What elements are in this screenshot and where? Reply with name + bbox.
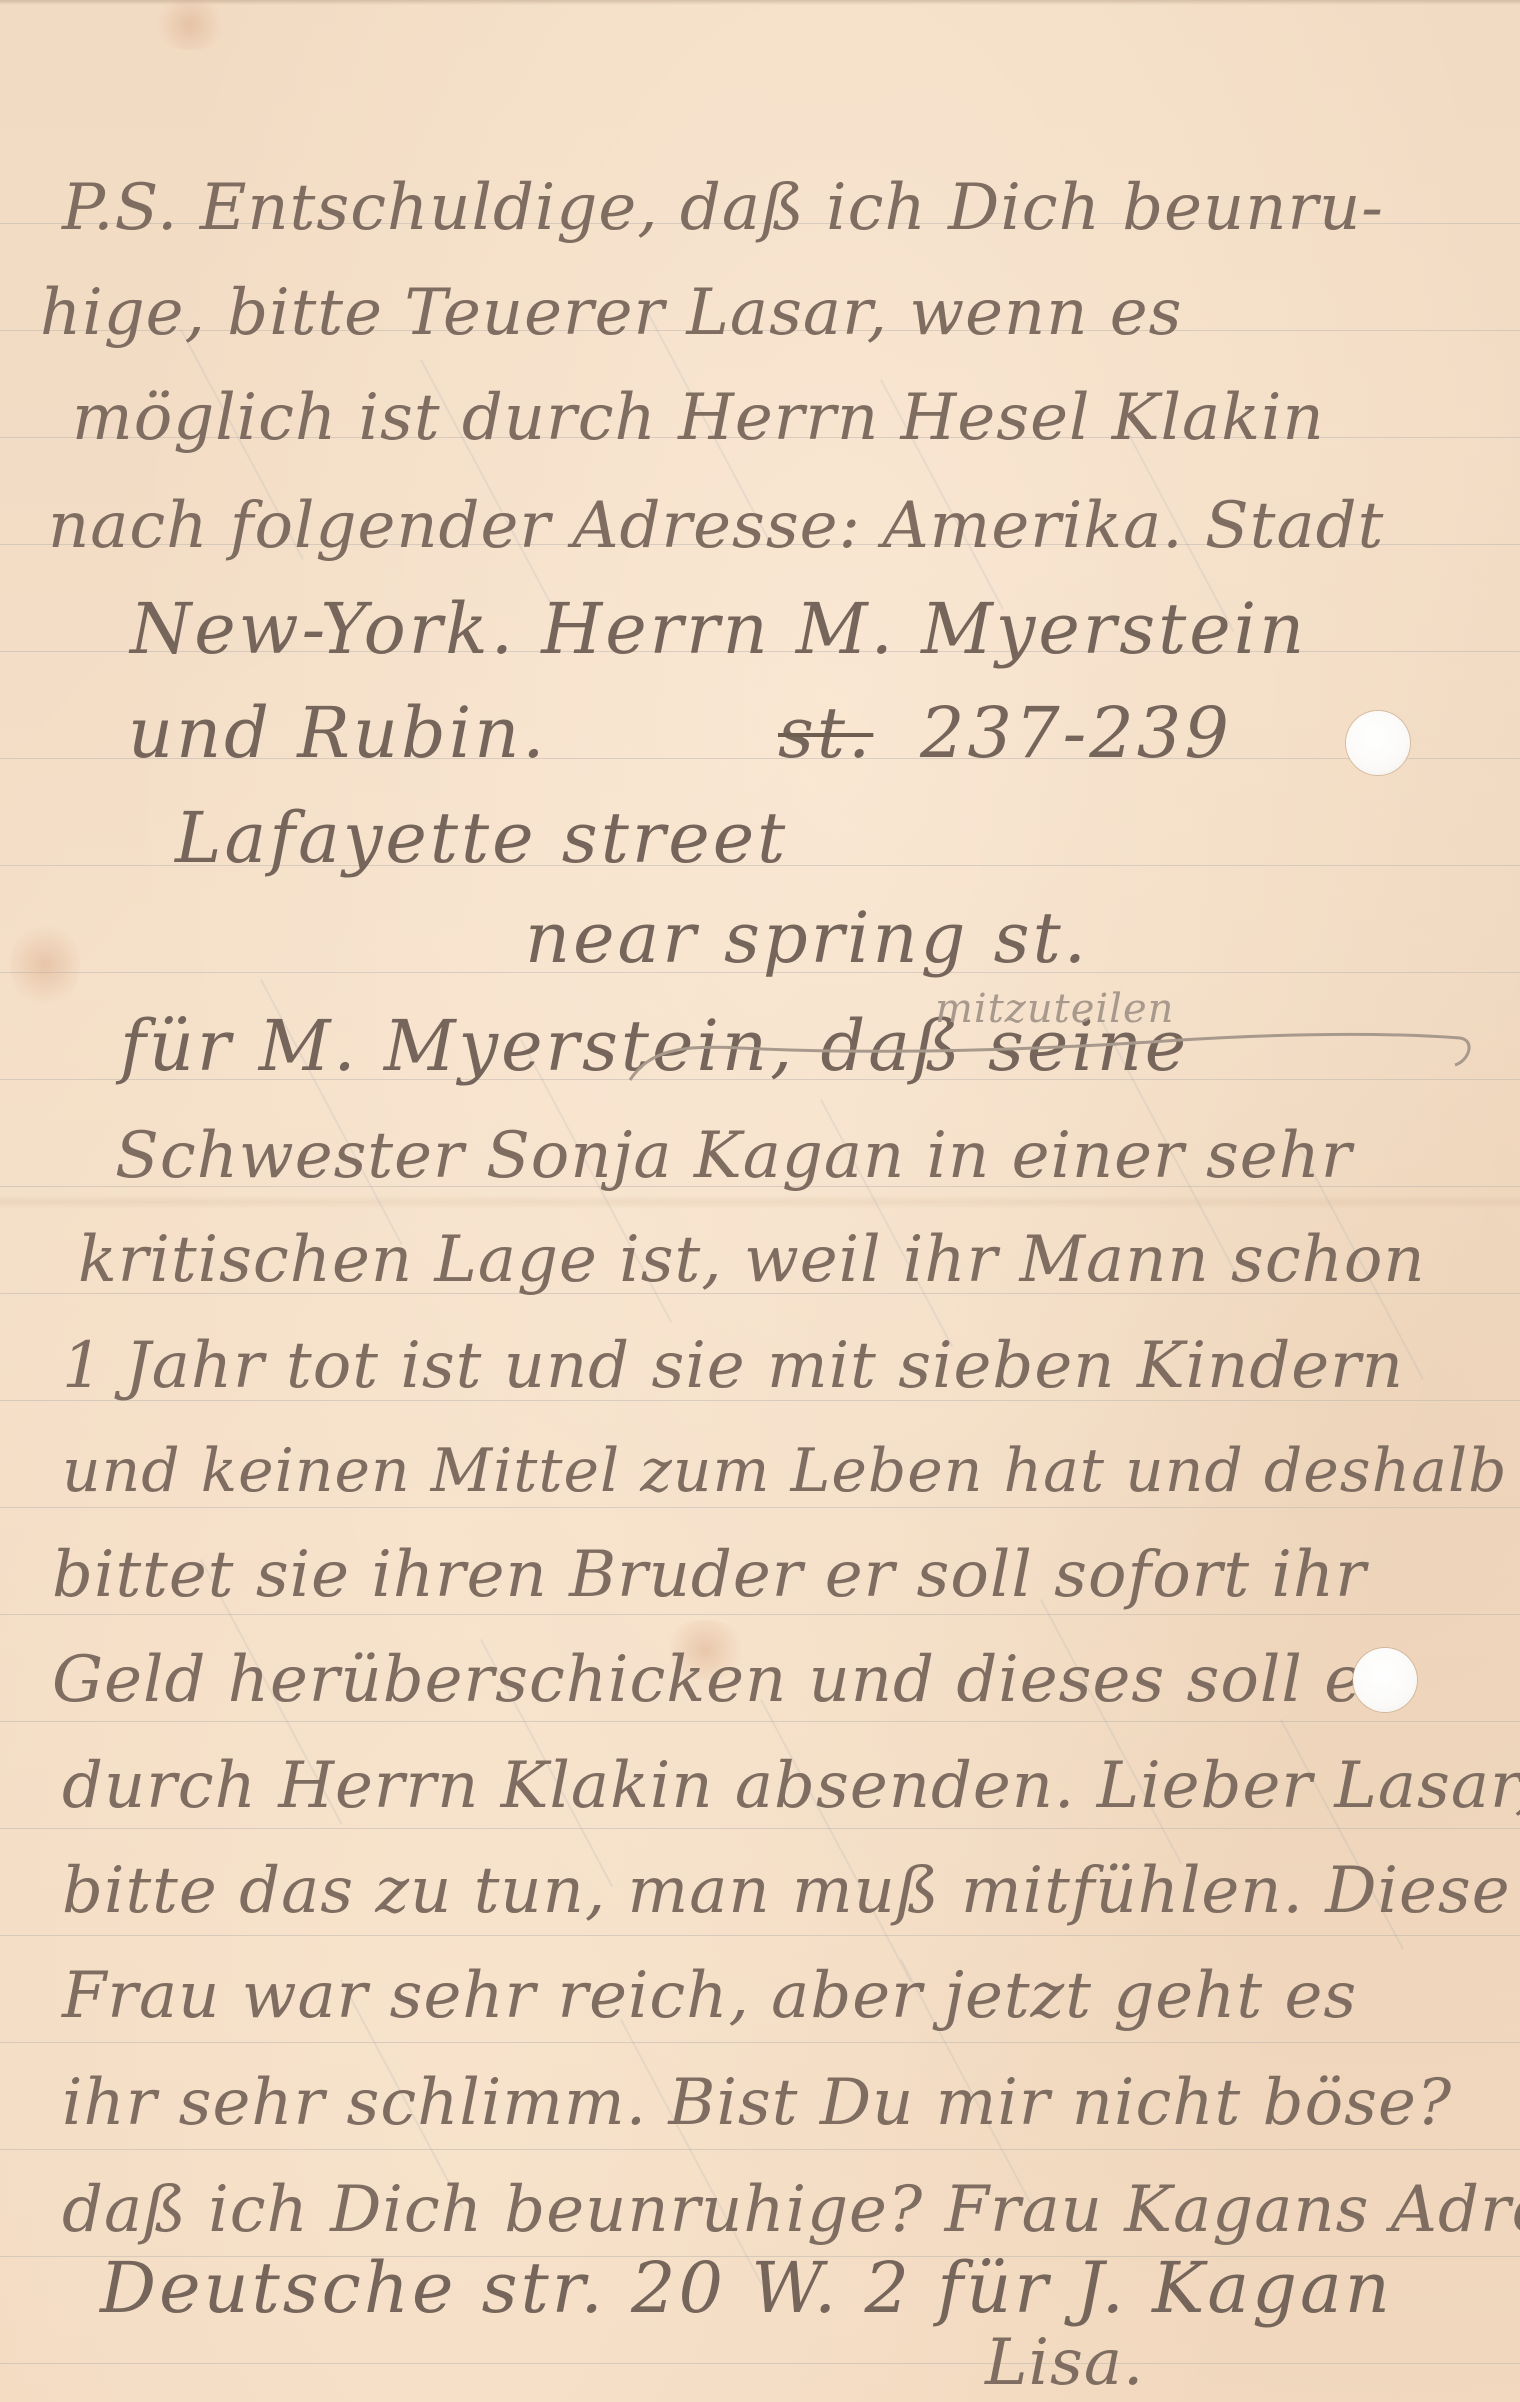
punch-hole bbox=[1353, 1648, 1417, 1712]
handwritten-line: Lisa. bbox=[985, 2331, 1144, 2395]
handwritten-line: durch Herrn Klakin absenden. Lieber Lasa… bbox=[62, 1754, 1520, 1818]
ruled-line bbox=[0, 1935, 1520, 1936]
handwritten-line: New-York. Herrn M. Myerstein bbox=[130, 594, 1307, 664]
handwritten-line: hige, bitte Teuerer Lasar, wenn es bbox=[40, 281, 1182, 345]
handwritten-line: 237-239 bbox=[920, 698, 1232, 768]
handwritten-line: und keinen Mittel zum Leben hat und desh… bbox=[62, 1441, 1508, 1501]
bleed-stroke bbox=[1040, 1599, 1183, 1865]
ruled-line bbox=[0, 1828, 1520, 1829]
struck-through-text: st. bbox=[778, 698, 873, 768]
handwritten-line: bitte das zu tun, man muß mitfühlen. Die… bbox=[62, 1859, 1511, 1923]
handwritten-line: möglich ist durch Herrn Hesel Klakin bbox=[72, 386, 1325, 450]
handwritten-line: Lafayette street bbox=[175, 803, 788, 873]
ruled-line bbox=[0, 1721, 1520, 1722]
letter-page: P.S. Entschuldige, daß ich Dich beunru-h… bbox=[0, 0, 1520, 2402]
paper-top-edge bbox=[0, 0, 1520, 5]
foxing-stain bbox=[150, 0, 230, 50]
ruled-line bbox=[0, 2363, 1520, 2364]
handwritten-line: kritischen Lage ist, weil ihr Mann schon bbox=[78, 1228, 1426, 1292]
handwritten-line: bittet sie ihren Bruder er soll sofort i… bbox=[52, 1543, 1367, 1607]
ruled-line bbox=[0, 2042, 1520, 2043]
handwritten-line: 1 Jahr tot ist und sie mit sieben Kinder… bbox=[62, 1334, 1404, 1398]
foxing-stain bbox=[10, 920, 80, 1010]
punch-hole bbox=[1346, 711, 1410, 775]
handwritten-line: und Rubin. bbox=[128, 698, 548, 768]
handwritten-line: near spring st. bbox=[525, 903, 1089, 973]
handwritten-line: Deutsche str. 20 W. 2 für J. Kagan bbox=[100, 2253, 1393, 2323]
handwritten-line: Schwester Sonja Kagan in einer sehr bbox=[115, 1124, 1352, 1188]
ruled-line bbox=[0, 2149, 1520, 2150]
bleed-stroke bbox=[760, 1699, 912, 1982]
handwritten-line: Geld herüberschicken und dieses soll er bbox=[52, 1648, 1395, 1712]
handwritten-line: P.S. Entschuldige, daß ich Dich beunru- bbox=[62, 176, 1384, 240]
ruled-line bbox=[0, 1507, 1520, 1508]
annotation-insert-mark bbox=[620, 1020, 1480, 1090]
handwritten-line: nach folgender Adresse: Amerika. Stadt bbox=[48, 494, 1384, 558]
paper-fold-crease bbox=[0, 1195, 1520, 1209]
handwritten-line: Frau war sehr reich, aber jetzt geht es bbox=[62, 1964, 1357, 2028]
handwritten-line: ihr sehr schlimm. Bist Du mir nicht böse… bbox=[62, 2071, 1452, 2135]
handwritten-line: daß ich Dich beunruhige? Frau Kagans Adr… bbox=[62, 2178, 1520, 2242]
